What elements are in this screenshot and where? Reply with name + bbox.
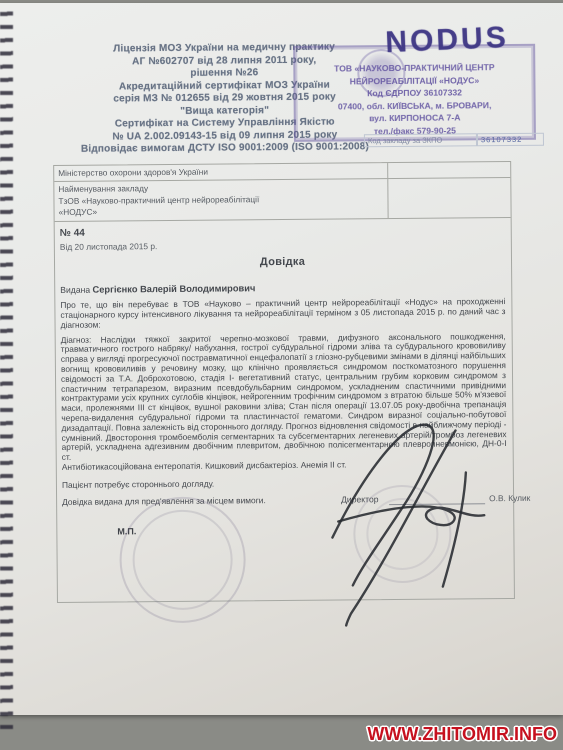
clinic-rect-stamp: NODUS ТОВ «НАУКОВО-ПРАКТИЧНИЙ ЦЕНТР НЕЙР… — [293, 44, 536, 142]
facility-empty-cell — [387, 178, 510, 218]
document-number: № 44 — [60, 225, 505, 239]
document-photo: Ліцензія МОЗ України на медичну практику… — [0, 0, 563, 750]
facility-code-label: Код закладу за ЗКПО — [364, 133, 477, 147]
patient-name: Сергієнко Валерій Володимирович — [92, 284, 255, 295]
stamp-nodus-overlay: NODUS — [357, 31, 537, 51]
site-watermark: WWW.ZHITOMIR.INFO — [367, 724, 557, 745]
ministry-label: Міністерство охорони здоров'я України — [58, 167, 208, 178]
facility-code-value: 36107332 — [477, 133, 544, 147]
document-date: Від 20 листопада 2015 р. — [60, 239, 505, 253]
issued-line: Видана Сергієнко Валерій Володимирович — [60, 282, 505, 296]
ministry-empty-cell — [387, 162, 510, 178]
director-signature-icon — [303, 414, 497, 628]
document-title: Довідка — [60, 256, 505, 270]
round-seal-faint — [119, 496, 246, 623]
facility-code-table: Код закладу за ЗКПО 36107332 — [364, 133, 544, 148]
stay-paragraph: Про те, що він перебуває в ТОВ «Науково … — [60, 297, 505, 330]
issued-label: Видана — [60, 285, 90, 295]
facility-row: Найменування закладу ТзОВ «Науково-практ… — [54, 178, 510, 222]
